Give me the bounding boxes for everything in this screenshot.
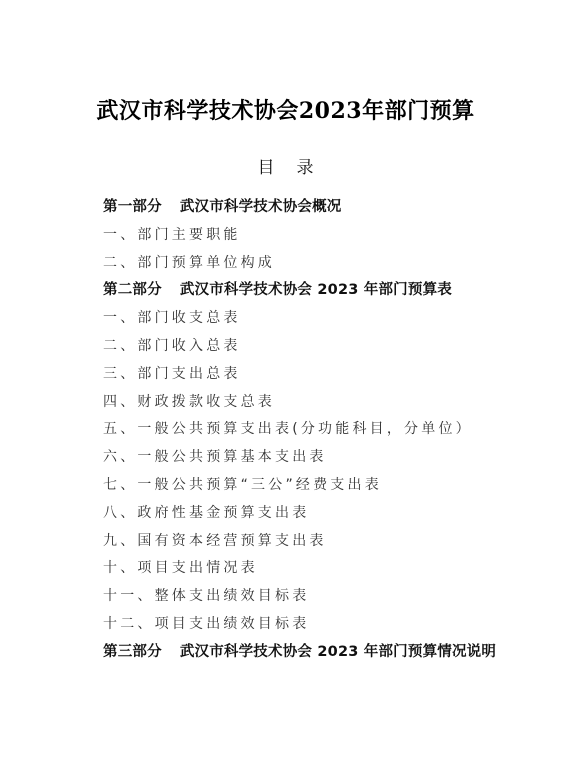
toc-item[interactable]: 十、项目支出情况表 <box>103 555 496 583</box>
toc-part-label: 第三部分 <box>103 639 162 667</box>
toc-item[interactable]: 九、国有资本经营预算支出表 <box>103 528 496 556</box>
toc-heading-char-1: 目 <box>258 158 275 178</box>
toc-heading-char-2: 录 <box>297 158 314 178</box>
toc-part-label: 第二部分 <box>103 277 162 305</box>
toc-item[interactable]: 十二、项目支出绩效目标表 <box>103 611 496 639</box>
toc-item[interactable]: 三、部门支出总表 <box>103 361 496 389</box>
table-of-contents: 第一部分武汉市科学技术协会概况 一、部门主要职能 二、部门预算单位构成 第二部分… <box>103 194 496 667</box>
toc-item[interactable]: 七、一般公共预算“三公”经费支出表 <box>103 472 496 500</box>
toc-item[interactable]: 二、部门预算单位构成 <box>103 250 496 278</box>
toc-item[interactable]: 八、政府性基金预算支出表 <box>103 500 496 528</box>
toc-part-text: 武汉市科学技术协会 2023 年部门预算情况说明 <box>180 644 496 660</box>
toc-heading: 目录 <box>0 156 571 180</box>
toc-item[interactable]: 五、一般公共预算支出表(分功能科目，分单位） <box>103 416 496 444</box>
toc-part-3[interactable]: 第三部分武汉市科学技术协会 2023 年部门预算情况说明 <box>103 639 496 667</box>
toc-part-1[interactable]: 第一部分武汉市科学技术协会概况 <box>103 194 496 222</box>
toc-part-2[interactable]: 第二部分武汉市科学技术协会 2023 年部门预算表 <box>103 277 496 305</box>
toc-item[interactable]: 十一、整体支出绩效目标表 <box>103 583 496 611</box>
document-page: 武汉市科学技术协会2023年部门预算 目录 第一部分武汉市科学技术协会概况 一、… <box>0 0 571 776</box>
toc-item[interactable]: 六、一般公共预算基本支出表 <box>103 444 496 472</box>
toc-part-label: 第一部分 <box>103 194 162 222</box>
toc-item[interactable]: 一、部门收支总表 <box>103 305 496 333</box>
toc-part-text: 武汉市科学技术协会概况 <box>180 199 342 215</box>
toc-part-text: 武汉市科学技术协会 2023 年部门预算表 <box>180 282 452 298</box>
toc-item[interactable]: 四、财政拨款收支总表 <box>103 389 496 417</box>
toc-item[interactable]: 二、部门收入总表 <box>103 333 496 361</box>
document-title: 武汉市科学技术协会2023年部门预算 <box>0 96 571 126</box>
toc-item[interactable]: 一、部门主要职能 <box>103 222 496 250</box>
